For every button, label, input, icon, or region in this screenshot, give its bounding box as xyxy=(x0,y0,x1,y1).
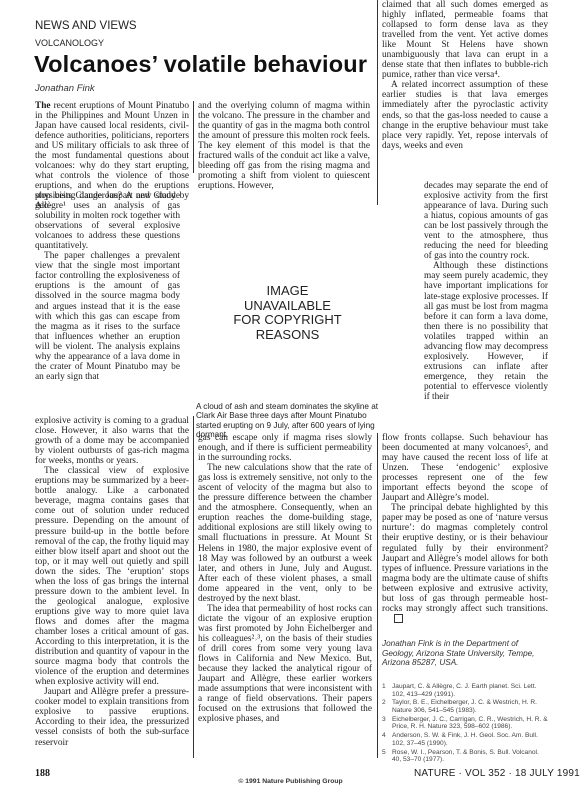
paragraph: The paper challenges a prevalent view th… xyxy=(35,251,180,382)
column-3-narrow: decades may separate the end of explosiv… xyxy=(424,181,548,402)
column-divider xyxy=(193,416,194,758)
reference-item: 5Rose, W. I., Pearson, T. & Bonis, S. Bu… xyxy=(382,749,548,764)
column-1-bottom: explosive activity is coming to a gradua… xyxy=(35,416,189,748)
reference-item: 4Anderson, S. W. & Fink, J. H. Geol. Soc… xyxy=(382,732,548,747)
reference-item: 1Jaupart, C. & Allègre, C. J. Earth plan… xyxy=(382,683,548,698)
column-1-narrow: physicists Claude Jaupart and Claude All… xyxy=(35,191,180,382)
paragraph: decades may separate the end of explosiv… xyxy=(424,181,548,261)
column-3-bottom: flow fronts collapse. Such behaviour has… xyxy=(382,433,548,625)
paragraph: Jaupart and Allègre prefer a pressure-co… xyxy=(35,687,189,747)
column-2-bottom: gas can escape only if magma rises slowl… xyxy=(198,433,372,724)
article-headline: Volcanoes’ volatile behaviour xyxy=(34,51,367,78)
copyright-notice: © 1991 Nature Publishing Group xyxy=(0,778,581,785)
reference-item: 3Eichelberger, J. C., Carrigan, C. R., W… xyxy=(382,716,548,731)
paragraph: claimed that all such domes emerged as h… xyxy=(382,0,548,80)
paragraph: physicists Claude Jaupart and Claude All… xyxy=(35,191,180,251)
paragraph: The principal debate highlighted by this… xyxy=(382,503,548,625)
column-divider xyxy=(377,0,378,205)
paragraph: The new calculations show that the rate … xyxy=(198,463,372,604)
reference-item: 2Taylor, B. E., Eichelberger, J. C. & We… xyxy=(382,699,548,714)
section-label: NEWS AND VIEWS xyxy=(35,20,137,32)
author-byline: Jonathan Fink xyxy=(35,83,95,94)
paragraph: A related incorrect assumption of these … xyxy=(382,80,548,150)
end-of-article-mark-icon xyxy=(394,614,403,623)
column-3-top: claimed that all such domes emerged as h… xyxy=(382,0,548,151)
reference-list: 1Jaupart, C. & Allègre, C. J. Earth plan… xyxy=(382,683,548,765)
column-2-top: and the overlying column of magma within… xyxy=(198,101,370,191)
column-divider xyxy=(193,101,194,173)
paragraph: explosive activity is coming to a gradua… xyxy=(35,416,189,466)
paragraph: and the overlying column of magma within… xyxy=(198,101,370,191)
paragraph: The idea that permeability of host rocks… xyxy=(198,604,372,725)
paragraph: The classical view of explosive eruption… xyxy=(35,466,189,687)
paragraph: gas can escape only if magma rises slowl… xyxy=(198,433,372,463)
paragraph: Although these distinctions may seem pur… xyxy=(424,261,548,402)
figure-image-placeholder: IMAGE UNAVAILABLE FOR COPYRIGHT REASONS xyxy=(195,233,380,393)
paragraph: flow fronts collapse. Such behaviour has… xyxy=(382,433,548,503)
column-divider xyxy=(377,433,378,758)
drop-cap: The xyxy=(35,101,51,111)
subsection-label: VOLCANOLOGY xyxy=(35,38,104,48)
author-affiliation: Jonathan Fink is in the Department of Ge… xyxy=(382,639,548,668)
